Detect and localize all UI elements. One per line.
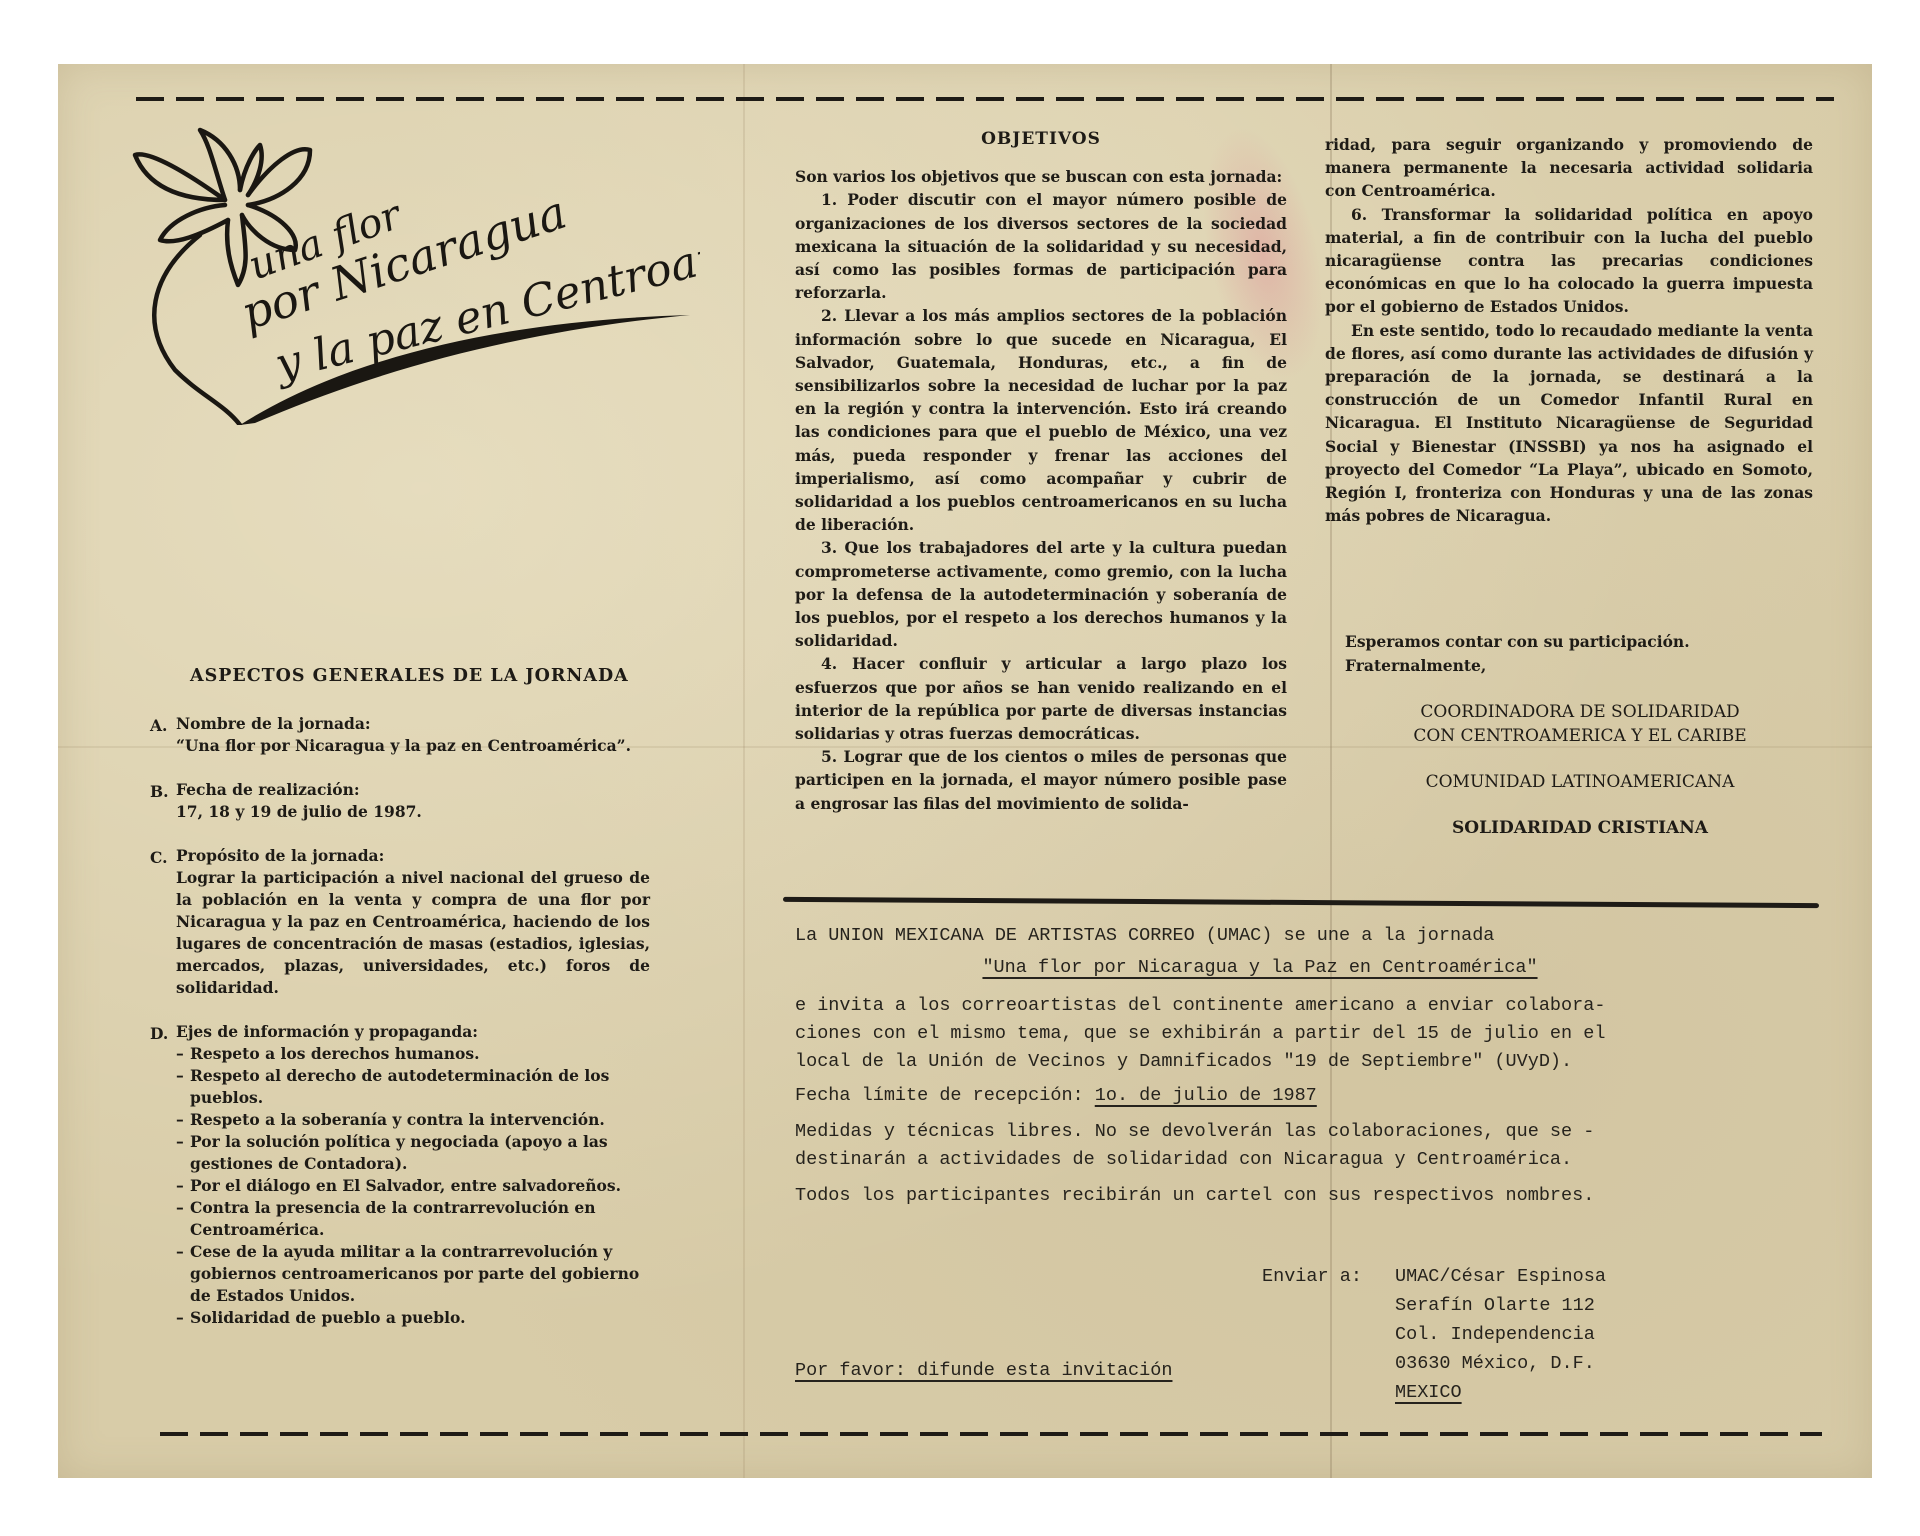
destino-fondos-paragraph: En este sentido, todo lo recaudado media… (1325, 319, 1813, 528)
aspectos-generales-section: ASPECTOS GENERALES DE LA JORNADA A. Nomb… (150, 665, 650, 1351)
share-request: Por favor: difunde esta invitación (795, 1360, 1172, 1381)
address-line: Serafín Olarte 112 (1395, 1291, 1606, 1320)
propaganda-list: Respeto a los derechos humanos. Respeto … (176, 1043, 650, 1329)
medidas-line: Medidas y técnicas libres. No se devolve… (795, 1118, 1815, 1146)
aspect-body: “Una flor por Nicaragua y la paz en Cent… (176, 735, 650, 757)
list-item: Contra la presencia de la contrarrevoluc… (176, 1197, 650, 1241)
org-name: CON CENTROAMERICA Y EL CARIBE (1413, 726, 1746, 746)
address-line: Col. Independencia (1395, 1320, 1606, 1349)
aspect-item-a: A. Nombre de la jornada: “Una flor por N… (150, 713, 650, 757)
address-lines: UMAC/César Espinosa Serafín Olarte 112 C… (1395, 1262, 1606, 1407)
objetivos-heading: OBJETIVOS (795, 128, 1287, 151)
list-item: Por la solución política y negociada (ap… (176, 1131, 650, 1175)
address-line: 03630 México, D.F. (1395, 1349, 1606, 1378)
objetivo-item: 3. Que los trabajadores del arte y la cu… (795, 536, 1287, 652)
top-dashed-cut-line (136, 97, 1834, 101)
todos-line: Todos los participantes recibirán un car… (795, 1182, 1815, 1210)
aspect-letter: D. (150, 1023, 168, 1045)
aspect-letter: C. (150, 847, 167, 869)
list-item: Solidaridad de pueblo a pueblo. (176, 1307, 650, 1329)
objetivo-item: 6. Transformar la solidaridad política e… (1325, 203, 1813, 319)
umac-invitation: La UNION MEXICANA DE ARTISTAS CORREO (UM… (795, 922, 1815, 1210)
share-request-text: Por favor: difunde esta invitación (795, 1360, 1172, 1381)
address-country: MEXICO (1395, 1378, 1606, 1407)
org-comunidad: COMUNIDAD LATINOAMERICANA (1345, 770, 1815, 794)
aspect-title: Fecha de realización: (176, 779, 650, 801)
aspect-item-d: D. Ejes de información y propaganda: Res… (150, 1021, 650, 1329)
umac-title: "Una flor por Nicaragua y la Paz en Cent… (795, 954, 1815, 982)
closing-line: Esperamos contar con su participación. (1345, 630, 1815, 654)
deadline-value: 1o. de julio de 1987 (1095, 1085, 1317, 1106)
aspect-title: Nombre de la jornada: (176, 713, 650, 735)
flower-icon: una flor por Nicaragua y la paz en Centr… (130, 125, 700, 425)
aspect-title: Propósito de la jornada: (176, 845, 650, 867)
objetivos-section: OBJETIVOS Son varios los objetivos que s… (795, 128, 1287, 815)
objetivos-intro: Son varios los objetivos que se buscan c… (795, 165, 1287, 188)
aspect-item-b: B. Fecha de realización: 17, 18 y 19 de … (150, 779, 650, 823)
invite-line: ciones con el mismo tema, que se exhibir… (795, 1020, 1815, 1048)
objetivo-continued-text: ridad, para seguir organizando y promovi… (1325, 133, 1813, 203)
list-item: Respeto a los derechos humanos. (176, 1043, 650, 1065)
aspectos-heading: ASPECTOS GENERALES DE LA JORNADA (190, 665, 650, 687)
aspect-title: Ejes de información y propaganda: (176, 1021, 650, 1043)
jornada-title: "Una flor por Nicaragua y la Paz en Cent… (982, 957, 1537, 978)
medidas-line: destinarán a actividades de solidaridad … (795, 1146, 1815, 1174)
deadline-label: Fecha límite de recepción: (795, 1085, 1095, 1106)
aspect-letter: A. (150, 715, 167, 737)
invite-line: local de la Unión de Vecinos y Damnifica… (795, 1048, 1815, 1076)
org-coordinadora: COORDINADORA DE SOLIDARIDAD CON CENTROAM… (1345, 700, 1815, 748)
bottom-dashed-cut-line (160, 1432, 1822, 1436)
closing-salutation: Fraternalmente, (1345, 654, 1815, 678)
list-item: Por el diálogo en El Salvador, entre sal… (176, 1175, 650, 1197)
org-name: COORDINADORA DE SOLIDARIDAD (1420, 702, 1739, 722)
objetivo-item: 2. Llevar a los más amplios sectores de … (795, 304, 1287, 536)
logo: una flor por Nicaragua y la paz en Centr… (130, 125, 700, 425)
objetivo-item: 4. Hacer confluir y articular a largo pl… (795, 652, 1287, 745)
address-line: UMAC/César Espinosa (1395, 1262, 1606, 1291)
send-to-label: Enviar a: (1262, 1262, 1362, 1291)
umac-intro: La UNION MEXICANA DE ARTISTAS CORREO (UM… (795, 922, 1815, 950)
fold-crease-vertical-left (743, 64, 745, 1478)
objetivos-continued: ridad, para seguir organizando y promovi… (1325, 133, 1813, 527)
list-item: Respeto a la soberanía y contra la inter… (176, 1109, 650, 1131)
list-item: Respeto al derecho de autodeterminación … (176, 1065, 650, 1109)
closing-block: Esperamos contar con su participación. F… (1345, 630, 1815, 678)
deadline-line: Fecha límite de recepción: 1o. de julio … (795, 1082, 1815, 1110)
objetivo-item: 1. Poder discutir con el mayor número po… (795, 188, 1287, 304)
aspect-body: Lograr la participación a nivel nacional… (176, 867, 650, 999)
org-solidaridad-cristiana: SOLIDARIDAD CRISTIANA (1345, 816, 1815, 840)
signatory-organizations: COORDINADORA DE SOLIDARIDAD CON CENTROAM… (1345, 700, 1815, 862)
invite-line: e invita a los correoartistas del contin… (795, 992, 1815, 1020)
aspect-body: 17, 18 y 19 de julio de 1987. (176, 801, 650, 823)
aspect-letter: B. (150, 781, 169, 803)
objetivo-item: 5. Lograr que de los cientos o miles de … (795, 745, 1287, 815)
aspect-item-c: C. Propósito de la jornada: Lograr la pa… (150, 845, 650, 999)
list-item: Cese de la ayuda militar a la contrarrev… (176, 1241, 650, 1307)
